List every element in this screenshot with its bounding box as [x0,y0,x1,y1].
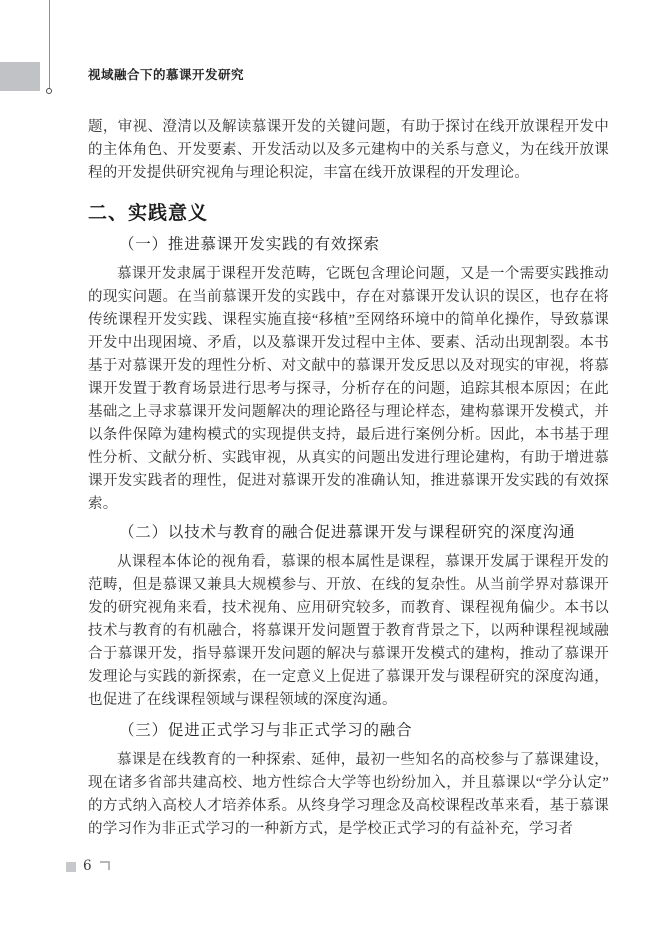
continuation-paragraph: 题，审视、澄清以及解读慕课开发的关键问题，有助于探讨在线开放课程开发中的主体角色… [88,116,609,185]
page-number: 6 [83,858,92,874]
subsection-paragraph-3: 慕课是在线教育的一种探索、延伸，最初一些知名的高校参与了慕课建设，现在诸多省部共… [88,749,609,841]
subsection-paragraph-2: 从课程本体论的视角看，慕课的根本属性是课程，慕课开发属于课程开发的范畴，但是慕课… [88,551,609,712]
subsection-heading-1: （一）推进慕课开发实践的有效探索 [88,234,609,256]
footer-corner-icon [100,861,110,870]
subsection-heading-3: （三）促进正式学习与非正式学习的融合 [88,720,609,742]
margin-rule-dot-icon [46,88,52,94]
margin-rule-line [49,0,50,89]
subsection-paragraph-1: 慕课开发隶属于课程开发范畴，它既包含理论问题，又是一个需要实践推动的现实问题。在… [88,263,609,516]
page-body: 题，审视、澄清以及解读慕课开发的关键问题，有助于探讨在线开放课程开发中的主体角色… [88,116,609,841]
subsection-heading-2: （二）以技术与教育的融合促进慕课开发与课程研究的深度沟通 [88,522,609,544]
footer-square-icon [66,862,76,872]
section-heading: 二、实践意义 [88,201,609,227]
running-title: 视域融合下的慕课开发研究 [88,65,244,83]
page-edge-tab [0,62,40,91]
